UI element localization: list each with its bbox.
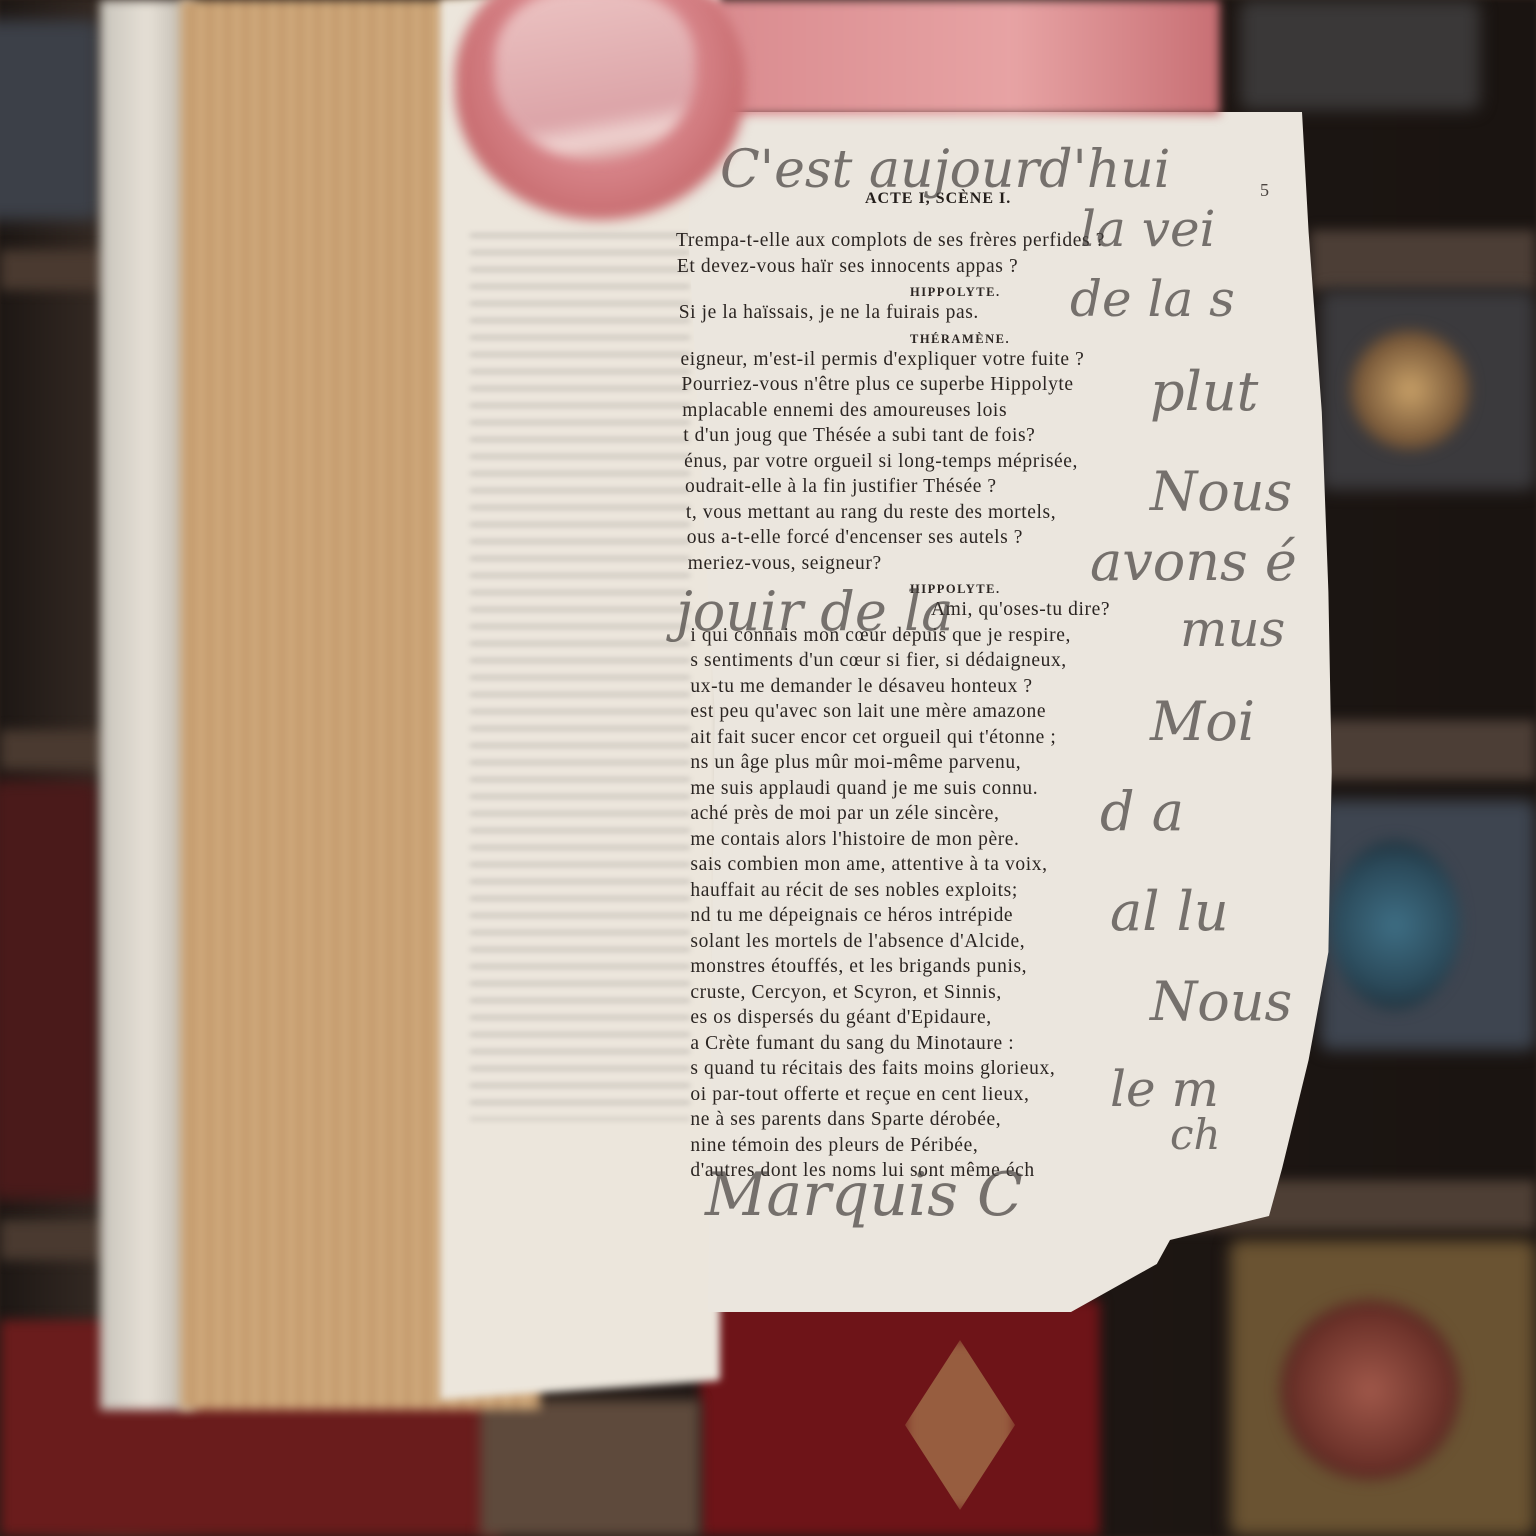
verse-line: énus, par votre orgueil si long-temps mé… xyxy=(684,451,1078,473)
verse-line: ns un âge plus mûr moi-même parvenu, xyxy=(690,752,1021,774)
blue-cabochon xyxy=(1330,840,1460,1010)
page-number: 5 xyxy=(1260,180,1269,201)
verse-line: nd tu me dépeignais ce héros intrépide xyxy=(690,905,1013,927)
handwritten-word: jouir de la xyxy=(676,580,953,643)
handwritten-word: plut xyxy=(1150,360,1258,423)
verse-line: est peu qu'avec son lait une mère amazon… xyxy=(690,701,1046,723)
leather-spine xyxy=(0,780,100,1200)
verse-line: oudrait-elle à la fin justifier Thésée ? xyxy=(685,476,997,498)
handwritten-word: Marquis C xyxy=(705,1160,1023,1230)
shelf-divider xyxy=(1310,230,1536,290)
handwritten-word: ch xyxy=(1170,1110,1221,1159)
blurred-text-lines xyxy=(470,220,690,1120)
shelf-divider xyxy=(0,1220,110,1260)
verse-line: me suis applaudi quand je me suis connu. xyxy=(690,778,1038,800)
verse-line: Et devez-vous haïr ses innocents appas ? xyxy=(677,256,1018,278)
red-cabochon xyxy=(1280,1300,1460,1480)
verse-line: Trempa-t-elle aux complots de ses frères… xyxy=(676,230,1105,252)
handwritten-word: Nous xyxy=(1150,970,1292,1033)
verse-line: sais combien mon ame, attentive à ta voi… xyxy=(690,854,1047,876)
handwritten-word: al lu xyxy=(1110,880,1229,943)
verse-line: aché près de moi par un zéle sincère, xyxy=(690,803,999,825)
book-spine xyxy=(480,1400,700,1536)
verse-line: me contais alors l'histoire de mon père. xyxy=(690,829,1019,851)
handwritten-word: d a xyxy=(1100,780,1184,843)
verse-line: solant les mortels de l'absence d'Alcide… xyxy=(690,931,1025,953)
verse-line: a Crète fumant du sang du Minotaure : xyxy=(690,1033,1014,1055)
verse-line: t d'un joug que Thésée a subi tant de fo… xyxy=(683,425,1035,447)
shelf-divider xyxy=(0,250,110,290)
verse-line: s sentiments d'un cœur si fier, si dédai… xyxy=(690,650,1066,672)
verse-line: t, vous mettant au rang du reste des mor… xyxy=(686,502,1056,524)
finger xyxy=(700,0,1220,115)
handwritten-word: la vei xyxy=(1080,200,1216,258)
handwritten-word: Nous xyxy=(1150,460,1292,523)
handwritten-word: avons é xyxy=(1090,530,1297,593)
verse-line: mplacable ennemi des amoureuses lois xyxy=(682,400,1007,422)
handwritten-word: mus xyxy=(1180,600,1285,658)
verse-line: Ami, qu'oses-tu dire? xyxy=(931,599,1110,621)
speaker-name: THÉRAMÈNE. xyxy=(910,332,1010,347)
gold-cabochon xyxy=(1350,330,1470,450)
verse-line: ne à ses parents dans Sparte dérobée, xyxy=(690,1109,1001,1131)
verse-line: ux-tu me demander le désaveu honteux ? xyxy=(690,676,1032,698)
handwritten-word: Moi xyxy=(1150,690,1255,753)
handwritten-word: de la s xyxy=(1070,270,1235,328)
verse-line: hauffait au récit de ses nobles exploits… xyxy=(690,880,1018,902)
metal-box xyxy=(0,20,100,220)
verse-line: nine témoin des pleurs de Péribée, xyxy=(690,1135,978,1157)
metal-box xyxy=(1240,0,1480,110)
verse-line: Si je la haïssais, je ne la fuirais pas. xyxy=(679,302,979,324)
verse-line: eigneur, m'est-il permis d'expliquer vot… xyxy=(681,349,1085,371)
shelf-divider xyxy=(1320,720,1536,780)
verse-line: es os dispersés du géant d'Epidaure, xyxy=(690,1007,991,1029)
handwritten-word: C'est aujourd'hui xyxy=(720,140,1170,200)
verse-line: oi par-tout offerte et reçue en cent lie… xyxy=(690,1084,1029,1106)
shelf-divider xyxy=(0,730,110,770)
red-leather-spine xyxy=(700,1300,1100,1536)
speaker-name: HIPPOLYTE. xyxy=(910,285,1001,300)
verse-line: monstres étouffés, et les brigands punis… xyxy=(690,956,1027,978)
verse-line: ait fait sucer encor cet orgueil qui t'é… xyxy=(690,727,1056,749)
verse-line: Pourriez-vous n'être plus ce superbe Hip… xyxy=(681,374,1073,396)
verse-line: s quand tu récitais des faits moins glor… xyxy=(690,1058,1055,1080)
verse-line: meriez-vous, seigneur? xyxy=(688,553,882,575)
verse-line: cruste, Cercyon, et Scyron, et Sinnis, xyxy=(690,982,1001,1004)
verse-line: ous a-t-elle forcé d'encenser ses autels… xyxy=(687,527,1023,549)
